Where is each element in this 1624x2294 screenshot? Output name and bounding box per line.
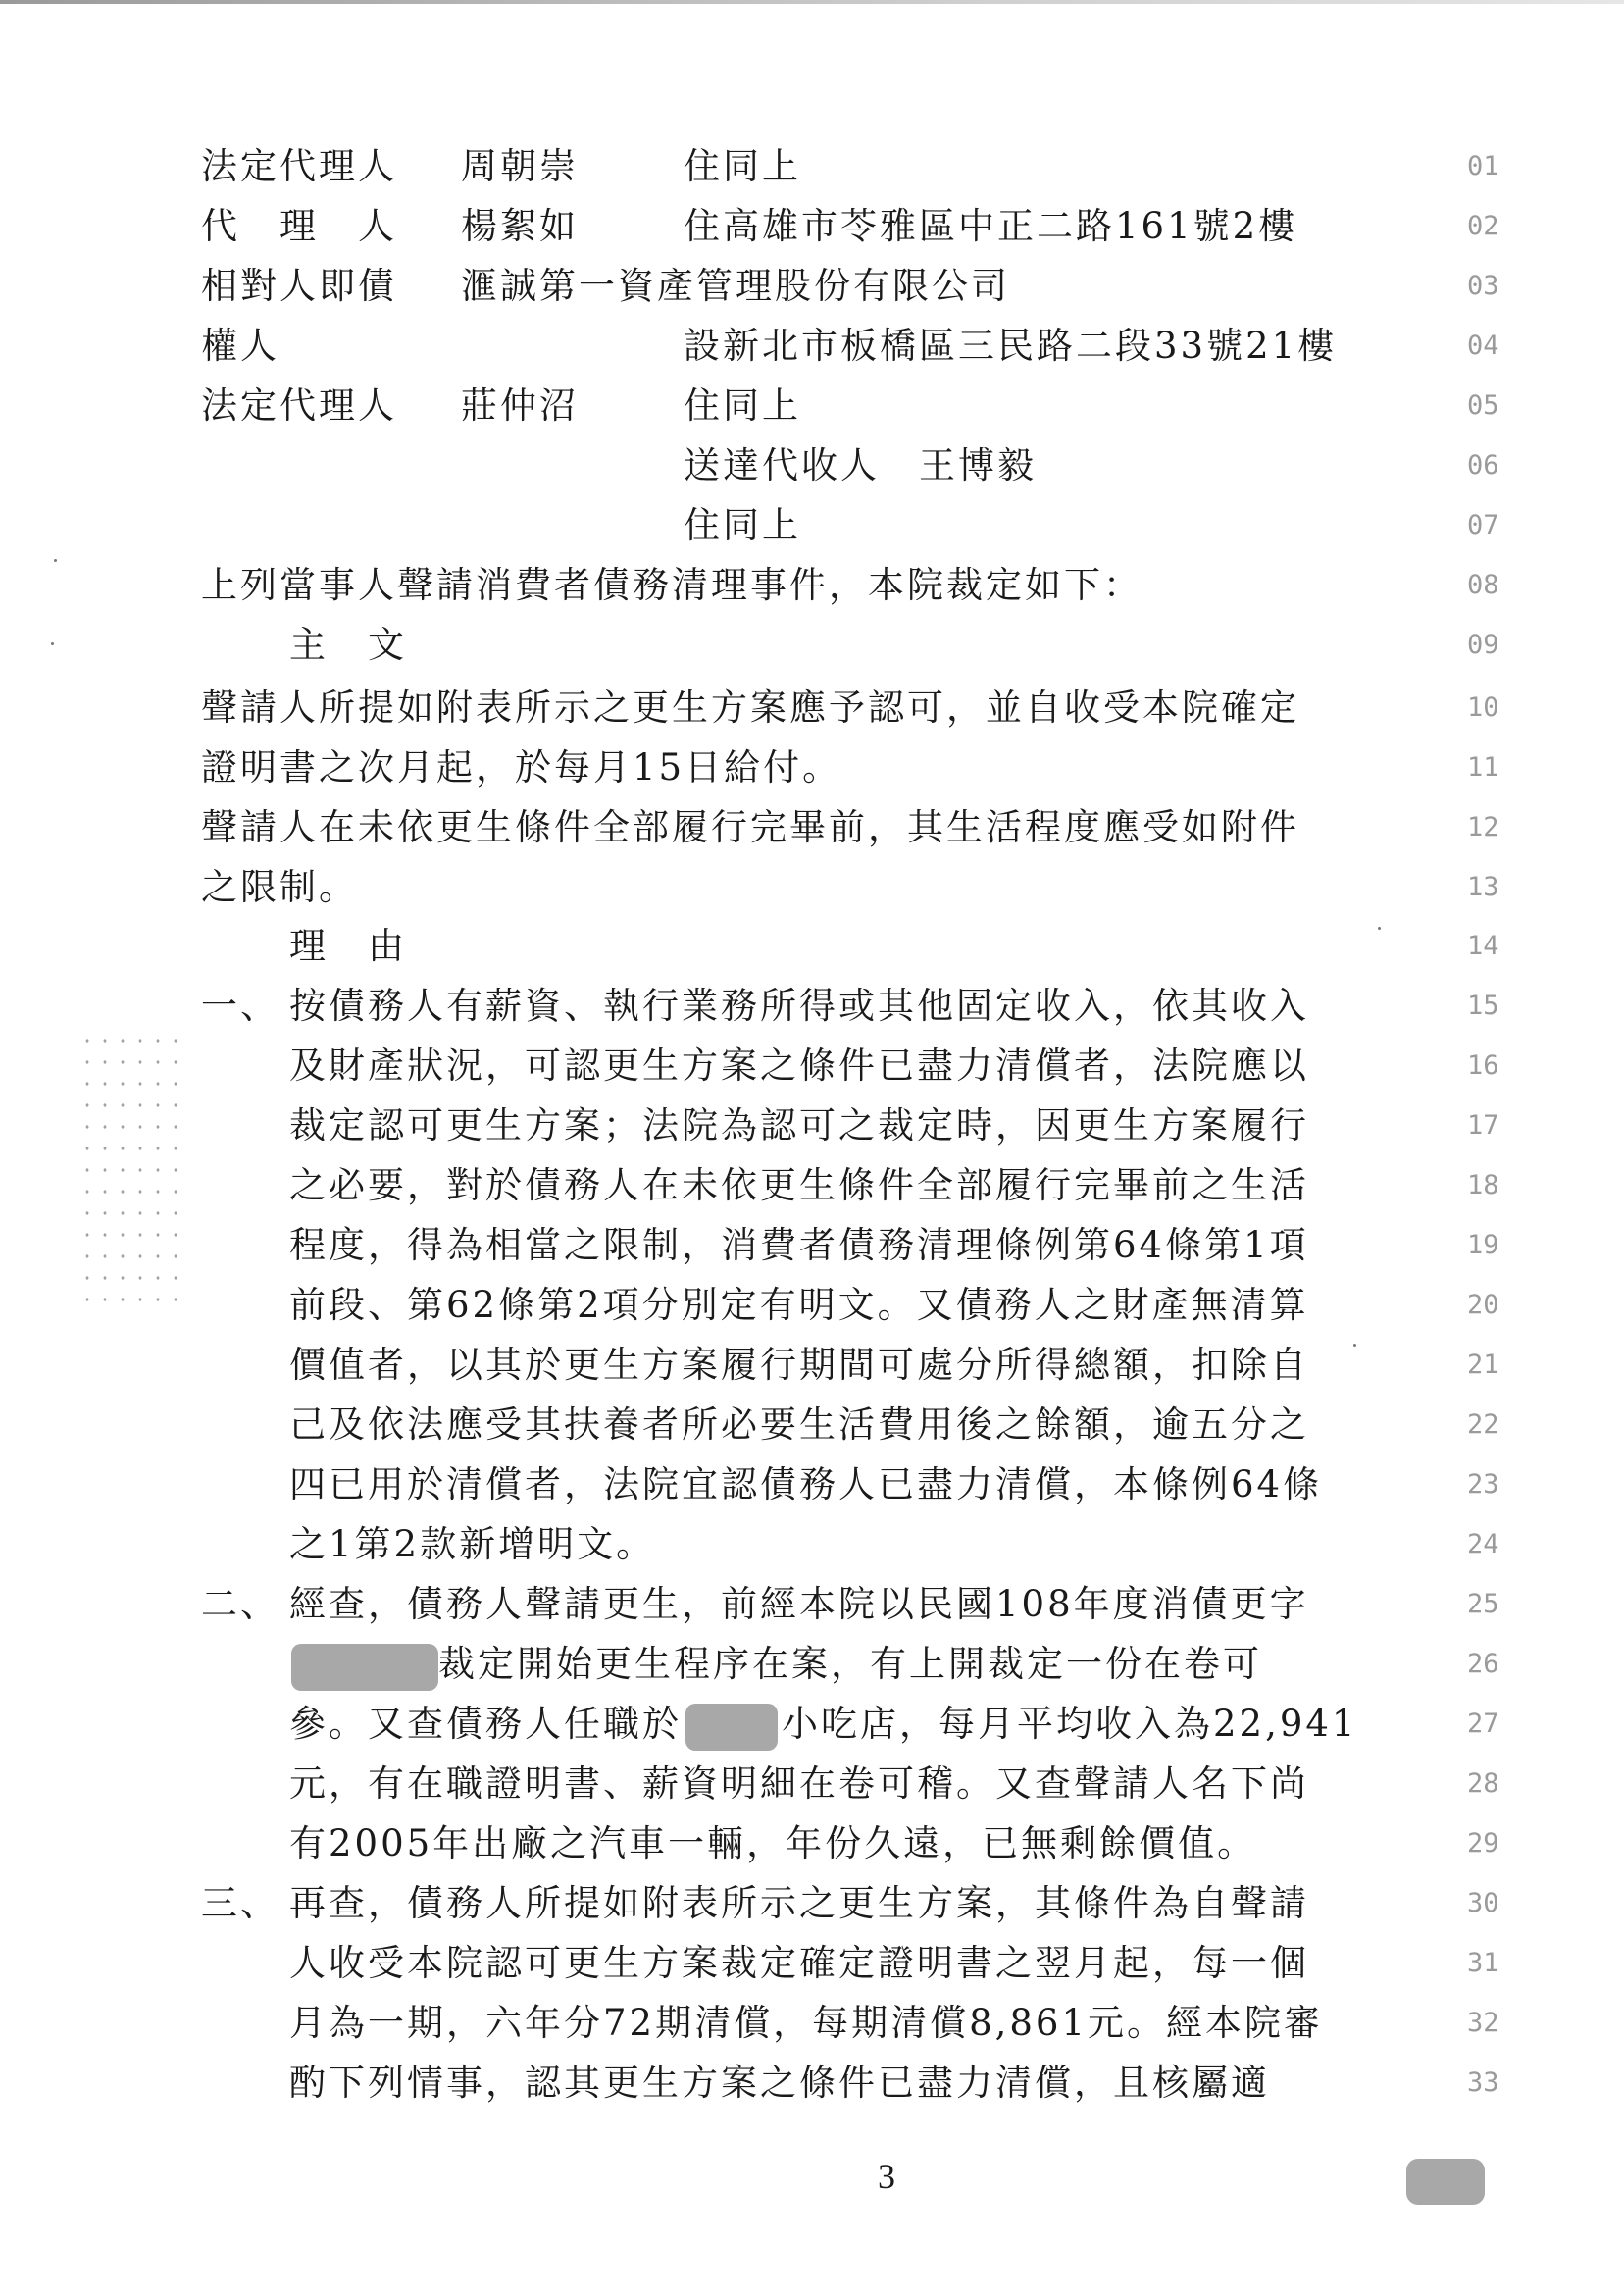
reason-line: 裁定開始更生程序在案，有上開裁定一份在卷可 26: [0, 1635, 1624, 1694]
party-line: 權人 設新北市板橋區三民路二段33號21樓 04: [0, 317, 1624, 376]
line-number: 04: [1467, 325, 1499, 368]
reason-text: 程度，得為相當之限制，消費者債務清理條例第64條第1項: [289, 1216, 1309, 1275]
reason-text: 四已用於清償者，法院宜認債務人已盡力清償，本條例64條: [289, 1455, 1322, 1514]
line-number: 18: [1467, 1164, 1499, 1207]
party-address: 住同上: [684, 377, 801, 435]
party-name: 莊仲沼: [461, 377, 579, 435]
party-role: 代 理 人: [201, 197, 397, 256]
reason-line: 一、 按債務人有薪資、執行業務所得或其他固定收入，依其收入 15: [0, 977, 1624, 1036]
reason-line: 人收受本院認可更生方案裁定確定證明書之翌月起，每一個 31: [0, 1934, 1624, 1993]
line-number: 01: [1467, 145, 1499, 188]
reason-text: 前段、第62條第2項分別定有明文。又債務人之財產無清算: [289, 1276, 1309, 1335]
redaction-block: [291, 1644, 438, 1691]
redaction-block: [685, 1704, 778, 1751]
reason-text: 參。又查債務人任職於小吃店，每月平均收入為22,941: [289, 1695, 1357, 1754]
reason-text: 經查，債務人聲請更生，前經本院以民國108年度消債更字: [289, 1575, 1309, 1634]
reason-text: 價值者，以其於更生方案履行期間可處分所得總額，扣除自: [289, 1336, 1309, 1395]
reason-line: 之必要，對於債務人在未依更生條件全部履行完畢前之生活 18: [0, 1156, 1624, 1215]
party-name: 周朝崇: [461, 137, 579, 196]
party-role: 法定代理人: [201, 137, 397, 196]
reason-text: 元，有在職證明書、薪資明細在卷可稽。又查聲請人名下尚: [289, 1755, 1309, 1813]
party-address: 送達代收人 王博毅: [684, 436, 1037, 495]
line-number: 27: [1467, 1703, 1499, 1746]
line-number: 24: [1467, 1523, 1499, 1566]
line-number: 23: [1467, 1463, 1499, 1506]
line-number: 07: [1467, 504, 1499, 547]
intro-text: 上列當事人聲請消費者債務清理事件，本院裁定如下：: [201, 556, 1142, 615]
party-role: 權人: [201, 317, 279, 376]
line-number: 10: [1467, 687, 1499, 730]
line-number: 32: [1467, 2002, 1499, 2045]
reason-text-after-redaction: 小吃店，每月平均收入為22,941: [782, 1703, 1357, 1745]
line-number: 16: [1467, 1045, 1499, 1088]
line-number: 05: [1467, 384, 1499, 428]
main-text-line: 之限制。 13: [0, 858, 1624, 917]
line-number: 28: [1467, 1762, 1499, 1806]
party-address: 住同上: [684, 496, 801, 555]
line-number: 03: [1467, 265, 1499, 308]
line-number: 29: [1467, 1822, 1499, 1865]
reason-text: 及財產狀況，可認更生方案之條件已盡力清償者，法院應以: [289, 1037, 1309, 1096]
footer-redaction-block: [1406, 2159, 1485, 2205]
line-number: 21: [1467, 1344, 1499, 1387]
line-number: 20: [1467, 1284, 1499, 1327]
main-text: 聲請人在未依更生條件全部履行完畢前，其生活程度應受如附件: [201, 798, 1299, 857]
reason-line: 元，有在職證明書、薪資明細在卷可稽。又查聲請人名下尚 28: [0, 1755, 1624, 1813]
line-number: 30: [1467, 1882, 1499, 1925]
party-line: 住同上 07: [0, 496, 1624, 555]
section-marker: 二、: [201, 1575, 279, 1634]
line-number: 13: [1467, 866, 1499, 909]
party-address: 設新北市板橋區三民路二段33號21樓: [684, 317, 1337, 376]
main-text-line: 聲請人所提如附表所示之更生方案應予認可，並自收受本院確定 10: [0, 679, 1624, 738]
line-number: 06: [1467, 444, 1499, 487]
reason-text: 再查，債務人所提如附表所示之更生方案，其條件為自聲請: [289, 1874, 1309, 1933]
reason-line: 裁定認可更生方案；法院為認可之裁定時，因更生方案履行 17: [0, 1096, 1624, 1155]
main-text-line: 證明書之次月起，於每月15日給付。 11: [0, 739, 1624, 797]
party-line: 相對人即債 滙誠第一資產管理股份有限公司 03: [0, 257, 1624, 316]
main-heading-line: 主 文 09: [0, 616, 1624, 675]
scan-top-edge: [0, 0, 1624, 4]
party-role: 相對人即債: [201, 257, 397, 316]
reason-text: 裁定認可更生方案；法院為認可之裁定時，因更生方案履行: [289, 1096, 1309, 1155]
reason-text: 裁定開始更生程序在案，有上開裁定一份在卷可: [291, 1635, 1262, 1694]
party-name: 滙誠第一資產管理股份有限公司: [461, 257, 1010, 316]
reason-line: 二、 經查，債務人聲請更生，前經本院以民國108年度消債更字 25: [0, 1575, 1624, 1634]
reason-text: 人收受本院認可更生方案裁定確定證明書之翌月起，每一個: [289, 1934, 1309, 1993]
line-number: 09: [1467, 624, 1499, 667]
reason-line: 前段、第62條第2項分別定有明文。又債務人之財產無清算 20: [0, 1276, 1624, 1335]
party-line: 法定代理人 周朝崇 住同上 01: [0, 137, 1624, 196]
line-number: 15: [1467, 985, 1499, 1028]
line-number: 33: [1467, 2062, 1499, 2105]
main-text: 證明書之次月起，於每月15日給付。: [201, 739, 841, 797]
page-number: 3: [878, 2156, 895, 2197]
reason-line: 之1第2款新增明文。 24: [0, 1515, 1624, 1574]
intro-line: 上列當事人聲請消費者債務清理事件，本院裁定如下： 08: [0, 556, 1624, 615]
section-marker: 三、: [201, 1874, 279, 1933]
reason-text: 月為一期，六年分72期清償，每期清償8,861元。經本院審: [289, 1994, 1323, 2053]
reason-text: 之必要，對於債務人在未依更生條件全部履行完畢前之生活: [289, 1156, 1309, 1215]
reason-line: 程度，得為相當之限制，消費者債務清理條例第64條第1項 19: [0, 1216, 1624, 1275]
party-address: 住同上: [684, 137, 801, 196]
line-number: 19: [1467, 1224, 1499, 1267]
party-address: 住高雄市苓雅區中正二路161號2樓: [684, 197, 1297, 256]
line-number: 17: [1467, 1104, 1499, 1147]
main-heading: 主 文: [289, 616, 407, 675]
main-text: 聲請人所提如附表所示之更生方案應予認可，並自收受本院確定: [201, 679, 1299, 738]
reason-line: 參。又查債務人任職於小吃店，每月平均收入為22,941 27: [0, 1695, 1624, 1754]
party-line: 代 理 人 楊絮如 住高雄市苓雅區中正二路161號2樓 02: [0, 197, 1624, 256]
reason-text: 之1第2款新增明文。: [289, 1515, 655, 1574]
reason-line: 三、 再查，債務人所提如附表所示之更生方案，其條件為自聲請 30: [0, 1874, 1624, 1933]
reason-heading: 理 由: [289, 917, 407, 976]
reason-text-before-redaction: 參。又查債務人任職於: [289, 1703, 682, 1745]
party-role: 法定代理人: [201, 377, 397, 435]
reason-text: 有2005年出廠之汽車一輛，年份久遠，已無剩餘價值。: [289, 1814, 1256, 1873]
line-number: 25: [1467, 1583, 1499, 1626]
reason-text-after-redaction: 裁定開始更生程序在案，有上開裁定一份在卷可: [438, 1643, 1262, 1685]
line-number: 14: [1467, 925, 1499, 968]
reason-text: 酌下列情事，認其更生方案之條件已盡力清償，且核屬適: [289, 2054, 1270, 2113]
main-text-line: 聲請人在未依更生條件全部履行完畢前，其生活程度應受如附件 12: [0, 798, 1624, 857]
section-marker: 一、: [201, 977, 279, 1036]
reason-line: 及財產狀況，可認更生方案之條件已盡力清償者，法院應以 16: [0, 1037, 1624, 1096]
reason-line: 價值者，以其於更生方案履行期間可處分所得總額，扣除自 21: [0, 1336, 1624, 1395]
main-text: 之限制。: [201, 858, 358, 917]
line-number: 08: [1467, 564, 1499, 607]
reason-line: 四已用於清償者，法院宜認債務人已盡力清償，本條例64條 23: [0, 1455, 1624, 1514]
line-number: 11: [1467, 746, 1499, 790]
line-number: 02: [1467, 205, 1499, 248]
reason-line: 月為一期，六年分72期清償，每期清償8,861元。經本院審 32: [0, 1994, 1624, 2053]
party-name: 楊絮如: [461, 197, 579, 256]
reason-text: 按債務人有薪資、執行業務所得或其他固定收入，依其收入: [289, 977, 1309, 1036]
line-number: 22: [1467, 1403, 1499, 1447]
line-number: 26: [1467, 1643, 1499, 1686]
reason-text: 己及依法應受其扶養者所必要生活費用後之餘額，逾五分之: [289, 1396, 1309, 1454]
reason-line: 有2005年出廠之汽車一輛，年份久遠，已無剩餘價值。 29: [0, 1814, 1624, 1873]
reason-line: 己及依法應受其扶養者所必要生活費用後之餘額，逾五分之 22: [0, 1396, 1624, 1454]
line-number: 12: [1467, 806, 1499, 849]
party-line: 送達代收人 王博毅 06: [0, 436, 1624, 495]
reason-heading-line: 理 由 14: [0, 917, 1624, 976]
party-line: 法定代理人 莊仲沼 住同上 05: [0, 377, 1624, 435]
line-number: 31: [1467, 1942, 1499, 1985]
reason-line: 酌下列情事，認其更生方案之條件已盡力清償，且核屬適 33: [0, 2054, 1624, 2113]
